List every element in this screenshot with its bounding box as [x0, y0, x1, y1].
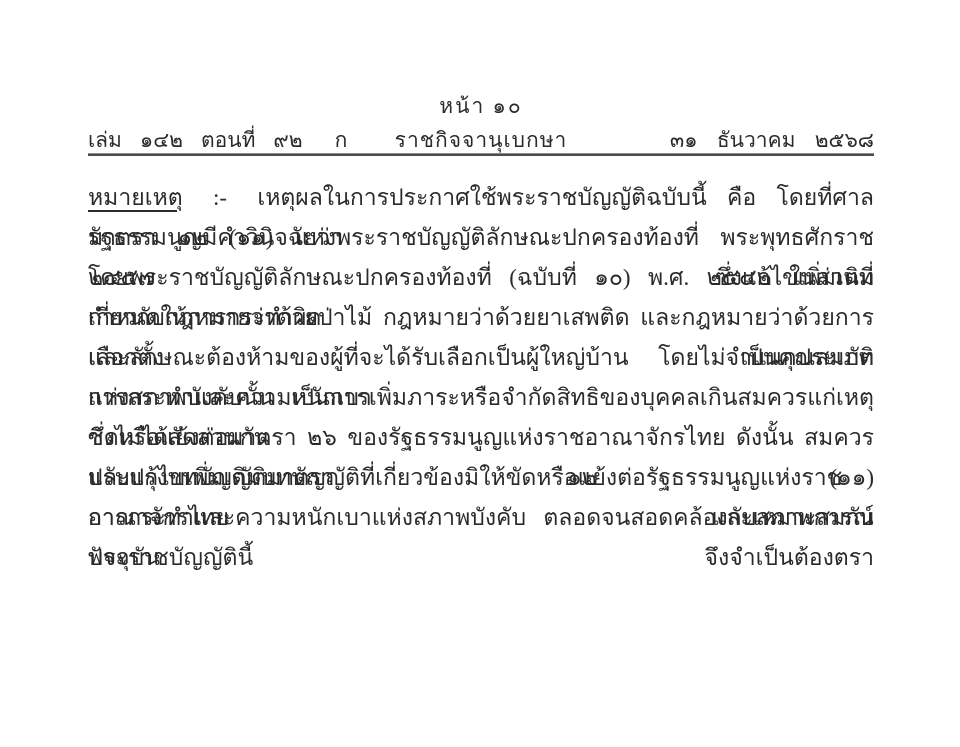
- note-line-2: มาตรา ๑๒ (๑๑) แห่งพระราชบัญญัติลักษณะปกค…: [88, 218, 874, 258]
- page-content: หน้า ๑๐ เล่ม ๑๔๒ ตอนที่ ๙๒ ก ราชกิจจานุเ…: [88, 0, 874, 747]
- note-paragraph: หมายเหตุ :- เหตุผลในการประกาศใช้พระราชบั…: [88, 178, 874, 578]
- note-line-6: แห่งสภาพบังคับนั้น เป็นการเพิ่มภาระหรือจ…: [88, 378, 874, 418]
- gazette-page: หน้า ๑๐ เล่ม ๑๔๒ ตอนที่ ๙๒ ก ราชกิจจานุเ…: [0, 0, 960, 747]
- header-divider: [88, 153, 874, 156]
- note-line-9: การกระทำและความหนักเบาแห่งสภาพบังคับ ตลอ…: [88, 498, 874, 538]
- note-line-4: เกี่ยวกับกฎหมายว่าด้วยป่าไม้ กฎหมายว่าด้…: [88, 298, 874, 338]
- date-year: ๒๕๖๘: [815, 128, 874, 152]
- note-line-1: หมายเหตุ :- เหตุผลในการประกาศใช้พระราชบั…: [88, 178, 874, 218]
- page-number: หน้า ๑๐: [88, 90, 874, 123]
- note-separator: :-: [213, 185, 227, 210]
- date-day: ๓๑: [670, 128, 698, 152]
- note-line-3: โดยพระราชบัญญัติลักษณะปกครองท้องที่ (ฉบั…: [88, 258, 874, 298]
- note-line-8: และแก้ไขเพิ่มเติมบทบัญญัติที่เกี่ยวข้องม…: [88, 458, 874, 498]
- note-line-7: ขัดหรือแย้งต่อมาตรา ๒๖ ของรัฐธรรมนูญแห่ง…: [88, 418, 874, 458]
- note-line-5: และลักษณะต้องห้ามของผู้ที่จะได้รับเลือกเ…: [88, 338, 874, 378]
- date-month: ธันวาคม: [717, 128, 796, 152]
- note-label: หมายเหตุ: [88, 185, 183, 210]
